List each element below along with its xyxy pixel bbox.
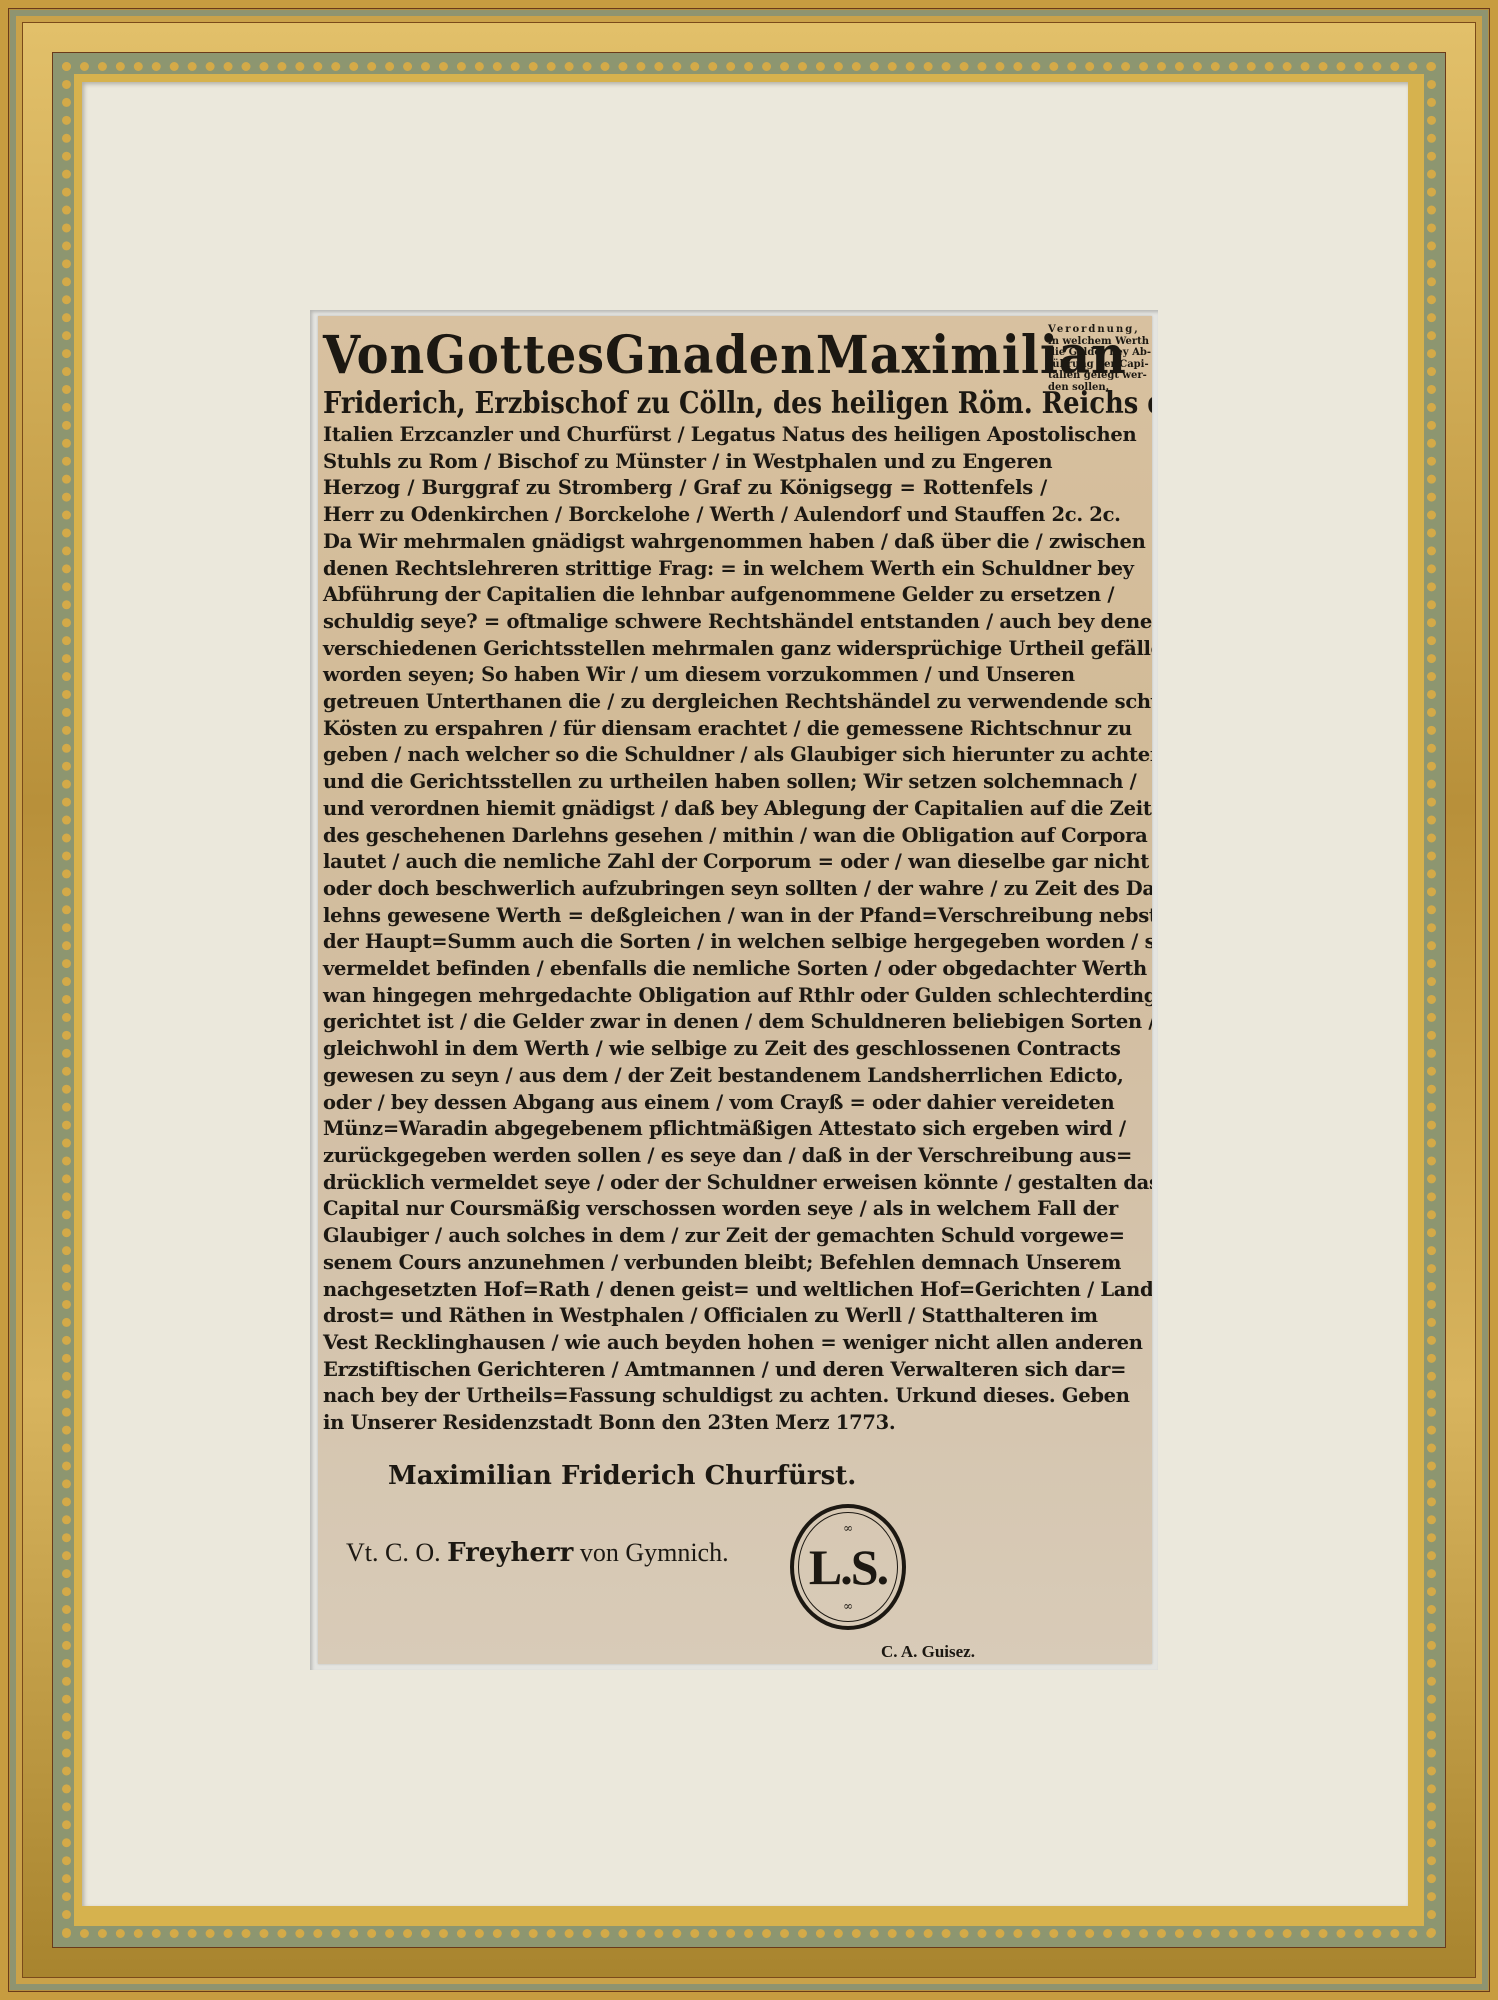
text-line: Herr zu Odenkirchen / Borckelohe / Werth… — [323, 502, 1047, 529]
margin-note-line: talien gelegt wer- — [1048, 370, 1148, 382]
text-line: Münz=Waradin abgegebenem pflichtmäßigen … — [323, 1116, 1047, 1143]
countersign-prefix: Vt. C. O. — [346, 1538, 441, 1567]
text-line: Erzstiftischen Gerichteren / Amtmannen /… — [323, 1357, 1047, 1384]
text-line: oder doch beschwerlich aufzubringen seyn… — [323, 876, 1047, 903]
text-line: oder / bey dessen Abgang aus einem / vom… — [323, 1090, 1047, 1117]
text-line: Da Wir mehrmalen gnädigst wahrgenommen h… — [323, 529, 1047, 556]
text-line: getreuen Unterthanen die / zu dergleiche… — [323, 689, 1047, 716]
text-line: lautet / auch die nemliche Zahl der Corp… — [323, 849, 1047, 876]
text-line: Abführung der Capitalien die lehnbar auf… — [323, 582, 1047, 609]
decree-heading-line1: Von Gottes Gnaden Maximilian — [323, 326, 1041, 386]
text-line: denen Rechtslehreren strittige Frag: = i… — [323, 556, 1047, 583]
text-line: und die Gerichtsstellen zu urtheilen hab… — [323, 769, 1047, 796]
decree-body: Von Gottes Gnaden Maximilian Friderich, … — [323, 316, 1047, 1437]
countersign-title: Freyherr — [447, 1538, 573, 1568]
decree-heading-line2: Friderich, Erzbischof zu Cölln, des heil… — [323, 386, 1045, 422]
decree-document: Von Gottes Gnaden Maximilian Friderich, … — [318, 316, 1152, 1664]
text-line: Stuhls zu Rom / Bischof zu Münster / in … — [323, 449, 1047, 476]
text-line: der Haupt=Summ auch die Sorten / in welc… — [323, 929, 1047, 956]
printer-mark: C. A. Guisez. — [881, 1642, 975, 1662]
margin-note: Verordnung, in welchem Werth die Gelder … — [1048, 324, 1148, 393]
text-line: nachgesetzten Hof=Rath / denen geist= un… — [323, 1277, 1047, 1304]
text-line: geben / nach welcher so die Schuldner / … — [323, 742, 1047, 769]
text-line: Italien Erzcanzler und Churfürst / Legat… — [323, 422, 1047, 449]
text-line: und verordnen hiemit gnädigst / daß bey … — [323, 796, 1047, 823]
text-line: gleichwohl in dem Werth / wie selbige zu… — [323, 1036, 1047, 1063]
heading-word: Von — [323, 326, 425, 386]
text-line: des geschehenen Darlehns gesehen / mithi… — [323, 823, 1047, 850]
heading-word: Gnaden — [605, 326, 816, 386]
text-line: Glaubiger / auch solches in dem / zur Ze… — [323, 1223, 1047, 1250]
text-line: verschiedenen Gerichtsstellen mehrmalen … — [323, 636, 1047, 663]
seal-flourish-bottom-icon: ∞ — [824, 1600, 872, 1612]
text-line: drost= und Räthen in Westphalen / Offici… — [323, 1303, 1047, 1330]
text-line: senem Cours anzunehmen / verbunden bleib… — [323, 1250, 1047, 1277]
text-line: vermeldet befinden / ebenfalls die nemli… — [323, 956, 1047, 983]
margin-note-line: den sollen. — [1048, 382, 1148, 394]
text-line: nach bey der Urtheils=Fassung schuldigst… — [323, 1383, 1047, 1410]
margin-note-line: Verordnung, — [1048, 324, 1148, 336]
countersignature: Vt. C. O. Freyherr von Gymnich. — [346, 1538, 729, 1568]
text-line: worden seyen; So haben Wir / um diesem v… — [323, 662, 1047, 689]
heading-word: Gottes — [425, 326, 605, 386]
elector-signature: Maximilian Friderich Churfürst. — [388, 1461, 856, 1491]
text-line: Capital nur Coursmäßig verschossen worde… — [323, 1196, 1047, 1223]
margin-note-line: die Gelder bey Ab- — [1048, 347, 1148, 359]
text-line: wan hingegen mehrgedachte Obligation auf… — [323, 983, 1047, 1010]
text-line: gewesen zu seyn / aus dem / der Zeit bes… — [323, 1063, 1047, 1090]
margin-note-line: in welchem Werth — [1048, 336, 1148, 348]
seal-stamp-icon: ∞ L.S. ∞ — [790, 1504, 906, 1630]
decree-text-lines: Italien Erzcanzler und Churfürst / Legat… — [323, 422, 1047, 1437]
countersign-name: von Gymnich. — [580, 1538, 729, 1567]
margin-note-line: führung der Capi- — [1048, 359, 1148, 371]
text-line: Vest Recklinghausen / wie auch beyden ho… — [323, 1330, 1047, 1357]
text-line: gerichtet ist / die Gelder zwar in denen… — [323, 1009, 1047, 1036]
text-line: in Unserer Residenzstadt Bonn den 23ten … — [323, 1410, 1047, 1437]
text-line: zurückgegeben werden sollen / es seye da… — [323, 1143, 1047, 1170]
text-line: Herzog / Burggraf zu Stromberg / Graf zu… — [323, 475, 1047, 502]
text-line: drücklich vermeldet seye / oder der Schu… — [323, 1170, 1047, 1197]
text-line: Kösten zu erspahren / für diensam eracht… — [323, 716, 1047, 743]
seal-flourish-top-icon: ∞ — [824, 1522, 872, 1534]
text-line: schuldig seye? = oftmalige schwere Recht… — [323, 609, 1047, 636]
text-line: lehns gewesene Werth = deßgleichen / wan… — [323, 903, 1047, 930]
